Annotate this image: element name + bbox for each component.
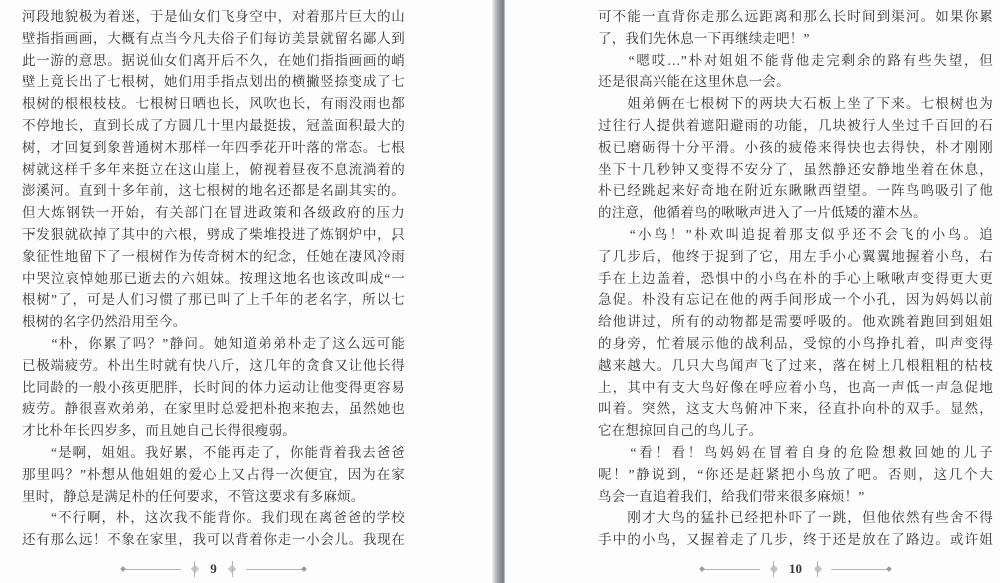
text-line: 澎溪河。直到十多年前，这七根树的地名还都是名副其实的。	[22, 180, 405, 202]
page-right-text: 可不能一直背你走那么远距离和那么长时间到渠河。如果你累了，我们先休息一下再继续走…	[598, 6, 993, 551]
text-line: 呢！”静说到，“你还是赶紧把小鸟放了吧。否则，这几个大	[598, 464, 993, 486]
text-line: 姐弟俩在七根树下的两块大石板上坐了下来。七根树也为	[598, 93, 993, 115]
text-line: “看！看！鸟妈妈在冒着自身的危险想救回她的儿子	[598, 442, 993, 464]
footer-rule-right	[831, 569, 889, 570]
text-line: 可不能一直背你走那么远距离和那么长时间到渠河。如果你累	[598, 6, 993, 28]
text-line: 但大炼钢铁一开始，有关部门在冒进政策和各级政府的压力下，	[22, 202, 405, 224]
text-line: 坐下十几秒钟又变得不安分了，虽然静还安静地坐着在休息，	[598, 159, 993, 181]
page-number-right: 10	[787, 561, 804, 577]
text-line: 中哭泣哀悼她那已逝去的六姐妹。按理这地名也该改叫成“一	[22, 268, 405, 290]
text-line: 河段地貌极为着迷，于是仙女们飞身空中，对着那片巨大的山	[22, 6, 405, 28]
text-line: 朴已经跳起来好奇地在附近东瞅瞅西望望。一阵鸟鸣吸引了他	[598, 180, 993, 202]
text-line: “不行啊，朴，这次我不能背你。我们现在离爸爸的学校	[22, 507, 405, 529]
text-line: 手中的小鸟，又握着走了几步，终于还是放在了路边。或许姐	[598, 529, 993, 551]
page-right-footer: 10	[598, 560, 993, 578]
text-line: 此一游的意思。据说仙女们离开后不久，在她们指指画画的峭	[22, 50, 405, 72]
text-line: 树就这样千多年来挺立在这山崖上，俯视着昼夜不息流淌着的	[22, 159, 405, 181]
text-line: 那里吗？”朴想从他姐姐的爱心上又占得一次便宜，因为在家	[22, 464, 405, 486]
footer-rule-right	[246, 569, 304, 570]
text-line: 上，其中有支大鸟好像在呼应着小鸟，也高一声低一声急促地	[598, 377, 993, 399]
page-left-footer: 9	[22, 560, 405, 578]
text-line: 比同龄的一般小孩更肥胖，长时间的体力运动让他变得更容易	[22, 377, 405, 399]
text-line: 根树的名字仍然沿用至今。	[22, 311, 405, 333]
text-line: 已极端疲劳。朴出生时就有快八斤，这几年的贪食又让他长得	[22, 355, 405, 377]
text-line: 一发狠就砍掉了其中的六根，劈成了柴堆投进了炼钢炉中，只	[22, 224, 405, 246]
text-line: 树，才回复到象普通树木那样一年四季花开叶落的常态。七根	[22, 137, 405, 159]
text-line: 了几步后，他终于捉到了它，用左手小心翼翼地握着小鸟，右	[598, 246, 993, 268]
text-line: 象征性地留下了一根树作为传奇树木的纪念，任她在凄风冷雨	[22, 246, 405, 268]
text-line: 还是很高兴能在这里休息一会。	[598, 71, 993, 93]
footer-diamond-ornament	[813, 561, 822, 577]
text-line: 了，我们先休息一下再继续走吧！”	[598, 28, 993, 50]
text-line: 才比朴年长四岁多，而且她自己长得很瘦弱。	[22, 420, 405, 442]
text-line: “小鸟！”朴欢叫追捉着那支似乎还不会飞的小鸟。追	[598, 224, 993, 246]
text-line: 刚才大鸟的猛扑已经把朴吓了一跳，但他依然有些舍不得	[598, 507, 993, 529]
text-line: 它在想掠回自己的鸟儿子。	[598, 420, 993, 442]
text-line: 根树”了，可是人们习惯了那已叫了上千年的老名字，所以七	[22, 289, 405, 311]
page-left-text: 河段地貌极为着迷，于是仙女们飞身空中，对着那片巨大的山壁指指画画，大概有点当今凡…	[22, 6, 405, 551]
text-line: 里时，静总是满足朴的任何要求，不管这要求有多麻烦。	[22, 486, 405, 508]
text-line: 壁上竟长出了七根树，她们用手指点划出的横撇竖捺变成了七	[22, 71, 405, 93]
text-line: 壁指指画画，大概有点当今凡夫俗子们每访美景就留名鄙人到	[22, 28, 405, 50]
text-line: 鸟会一直追着我们，给我们带来很多麻烦！”	[598, 486, 993, 508]
text-line: 给他讲过，所有的动物都是需要呼吸的。他欢跳着跑回到姐姐	[598, 311, 993, 333]
page-left: 河段地貌极为着迷，于是仙女们飞身空中，对着那片巨大的山壁指指画画，大概有点当今凡…	[0, 0, 492, 583]
page-number-left: 9	[208, 561, 219, 577]
text-line: “朴，你累了吗？”静问。她知道弟弟朴走了这么远可能	[22, 333, 405, 355]
text-line: 疲劳。静很喜欢弟弟，在家里时总爱把朴抱来抱去，虽然她也	[22, 398, 405, 420]
text-line: 叫着。突然，这支大鸟俯冲下来，径直扑向朴的双手。显然，	[598, 398, 993, 420]
text-line: 的身旁，忙着展示他的战利品，受惊的小鸟挣扎着，叫声变得	[598, 333, 993, 355]
footer-rule-left	[123, 569, 181, 570]
text-line: 板已磨砺得十分平滑。小孩的疲倦来得快也去得快，朴才刚刚	[598, 137, 993, 159]
page-right: 可不能一直背你走那么远距离和那么长时间到渠河。如果你累了，我们先休息一下再继续走…	[505, 0, 1000, 583]
text-line: 还有那么远！不象在家里，我可以背着你走一小会儿。我现在	[22, 529, 405, 551]
text-line: 过往行人提供着遮阳避雨的功能，几块被行人坐过千百回的石	[598, 115, 993, 137]
text-line: 不停地长，直到长成了方圆几十里内最挺拔，冠盖面积最大的	[22, 115, 405, 137]
page-spine-divider	[492, 0, 505, 583]
text-line: 根树的根根枝枝。七根树日晒也长，风吹也长，有雨没雨也都	[22, 93, 405, 115]
footer-diamond-ornament	[228, 561, 237, 577]
text-line: 的注意，他循着鸟的啾啾声进入了一片低矮的灌木丛。	[598, 202, 993, 224]
footer-rule-left	[702, 569, 760, 570]
book-spread: 河段地貌极为着迷，于是仙女们飞身空中，对着那片巨大的山壁指指画画，大概有点当今凡…	[0, 0, 1000, 583]
text-line: 急促。朴没有忘记在他的两手间形成一个小孔，因为妈妈以前	[598, 289, 993, 311]
text-line: 手在上边盖着，恐惧中的小鸟在朴的手心上啾啾声变得更大更	[598, 268, 993, 290]
text-line: 越来越大。几只大鸟闻声飞了过来，落在树上几根粗粗的枯枝	[598, 355, 993, 377]
text-line: “是啊，姐姐。我好累，不能再走了，你能背着我去爸爸	[22, 442, 405, 464]
text-line: “嗯哎…”朴对姐姐不能背他走完剩余的路有些失望，但	[598, 50, 993, 72]
footer-diamond-ornament	[190, 561, 199, 577]
footer-diamond-ornament	[769, 561, 778, 577]
